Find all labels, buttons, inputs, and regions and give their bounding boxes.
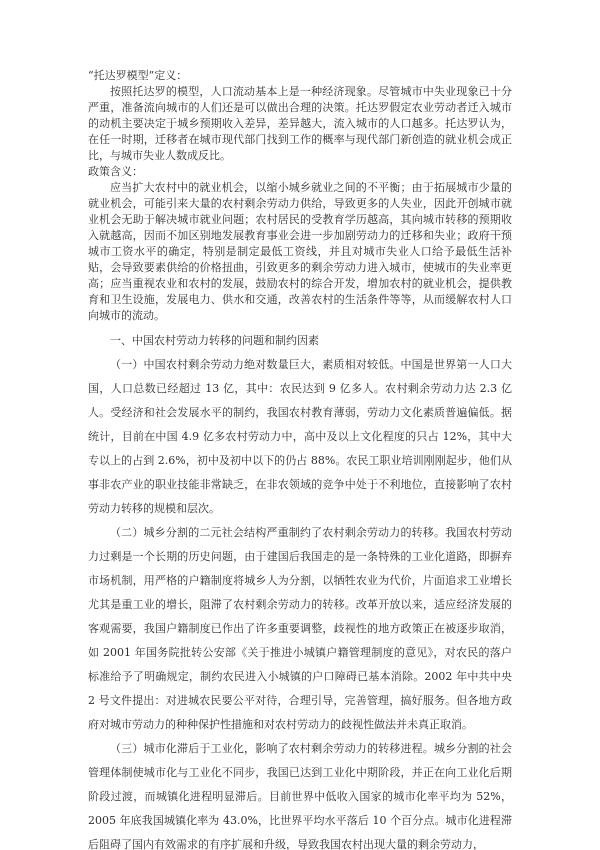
document-page: “托达罗模型”定义： 按照托达罗的模型，人口流动基本上是一种经济现象。尽管城市中…: [0, 0, 600, 850]
item-two-paragraph: （二）城乡分割的二元社会结构严重制约了农村剩余劳动力的转移。我国农村劳动力过剩是…: [88, 521, 512, 737]
item-one-paragraph: （一）中国农村剩余劳动力绝对数量巨大，素质相对较低。中国是世界第一人口大国，人口…: [88, 353, 512, 521]
definition-paragraph: 按照托达罗的模型，人口流动基本上是一种经济现象。尽管城市中失业现象已十分严重，准…: [88, 84, 512, 164]
section-one: 一、中国农村劳动力转移的问题和制约因素 （一）中国农村剩余劳动力绝对数量巨大，素…: [88, 329, 512, 850]
definition-heading: “托达罗模型”定义：: [88, 68, 512, 84]
item-three-paragraph: （三）城市化滞后于工业化，影响了农村剩余劳动力的转移进程。城乡分割的社会管理体制…: [88, 737, 512, 850]
policy-paragraph: 应当扩大农村中的就业机会，以缩小城乡就业之间的不平衡；由于拓展城市少量的就业机会…: [88, 180, 512, 324]
policy-heading: 政策含义：: [88, 164, 512, 180]
section-one-heading: 一、中国农村劳动力转移的问题和制约因素: [88, 329, 512, 353]
document-body: “托达罗模型”定义： 按照托达罗的模型，人口流动基本上是一种经济现象。尽管城市中…: [88, 68, 512, 850]
definition-and-policy-section: “托达罗模型”定义： 按照托达罗的模型，人口流动基本上是一种经济现象。尽管城市中…: [88, 68, 512, 324]
